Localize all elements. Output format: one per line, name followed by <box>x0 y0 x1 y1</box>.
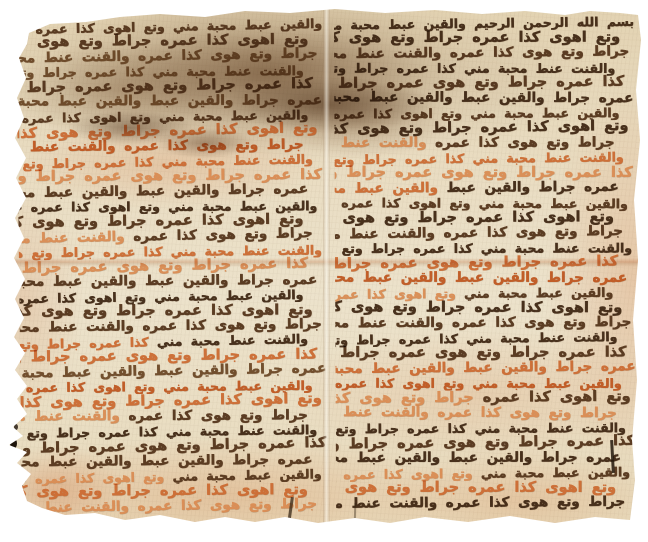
script-line: عمره جراط والقين عبط والقين عبط محبة مني… <box>336 450 636 466</box>
script-word-group: والقنت عنط محبة مني <box>335 135 427 151</box>
script-line: وتع اهوى كذا عمره جراط وتع هوى كذا عمره … <box>336 390 636 407</box>
worm-hole <box>14 424 18 430</box>
script-word-group: والقين عبط محبة مني <box>456 285 614 301</box>
script-line: عمره جراط والقين عبط والقين عبط محبة مني… <box>335 271 635 286</box>
script-line: عمره جراط والقين عبط والقين عبط محبة مني… <box>335 359 635 377</box>
script-word-group: والقين عبط محبة مني <box>472 464 630 481</box>
text-column-right: بسم الله الرحمن الرحيم والقين عبط محبة م… <box>334 15 636 511</box>
script-word-group: جراط وتع هوى كذا عمره <box>426 135 614 150</box>
script-word-group: والقنت عنط محبة مني <box>21 408 120 424</box>
manuscript-photo: والقين عبط محبة مني وتع اهوى كذا عمره جر… <box>0 0 648 542</box>
script-word-group: جراط وتع هوى كذا عمره <box>336 390 474 407</box>
script-line: وتع اهوى كذا عمره جراط وتع هوى كذا عمره … <box>336 481 636 496</box>
script-line: والقين عبط محبة مني وتع اهوى كذا عمره جر… <box>335 285 635 302</box>
script-line: والقين عبط محبة مني وتع اهوى كذا عمره جر… <box>336 464 636 482</box>
script-line: كذا عمره جراط وتع هوى عمره جراط والقين ع… <box>334 75 634 92</box>
script-line: جراط وتع هوى كذا عمره والقنت عنط محبة من… <box>336 495 636 512</box>
script-line: والقنت عنط محبة مني كذا عمره جراط وتع هو… <box>335 149 635 167</box>
script-line: كذا عمره جراط وتع هوى عمره جراط والقين ع… <box>335 345 635 361</box>
script-line: جراط وتع هوى كذا عمره والقنت عنط محبة من… <box>22 497 328 517</box>
script-line: والقين عبط محبة مني وتع اهوى كذا عمره جر… <box>335 195 635 211</box>
script-line: وتع اهوى كذا عمره جراط وتع هوى كذا عمره … <box>334 30 634 46</box>
script-word-group: والقنت عنط محبة مني <box>148 331 308 349</box>
text-column-left: والقين عبط محبة مني وتع اهوى كذا عمره جر… <box>16 17 328 516</box>
script-word-group: وتع اهوى كذا عمره <box>474 390 631 406</box>
script-line: كذا عمره جراط وتع هوى عمره جراط والقين ع… <box>335 166 635 181</box>
script-line: والقنت عنط محبة مني كذا عمره جراط وتع هو… <box>335 240 635 256</box>
script-word-group: عمره جراط والقين عبط <box>438 180 619 196</box>
script-line: جراط وتع هوى كذا عمره والقنت عنط محبة من… <box>334 44 634 62</box>
script-line: جراط وتع هوى كذا عمره والقنت عنط محبة من… <box>335 135 635 151</box>
manuscript-page: والقين عبط محبة مني وتع اهوى كذا عمره جر… <box>0 0 648 542</box>
script-line: عمره جراط والقين عبط والقين عبط محبة مني… <box>335 180 635 197</box>
script-line: والقين عبط محبة مني وتع اهوى كذا عمره جر… <box>336 376 636 391</box>
script-line: كذا عمره جراط وتع هوى عمره جراط والقين ع… <box>335 254 635 272</box>
script-line: عمره جراط والقين عبط والقين عبط محبة مني… <box>334 90 634 106</box>
script-line: جراط وتع هوى كذا عمره والقنت عنط محبة من… <box>336 405 636 421</box>
script-line: وتع اهوى كذا عمره جراط وتع هوى كذا عمره … <box>335 300 635 316</box>
script-word-group: والقين عبط محبة مني <box>164 466 322 484</box>
worm-hole <box>10 438 17 449</box>
script-line: والقنت عنط محبة مني كذا عمره جراط وتع هو… <box>334 61 634 76</box>
